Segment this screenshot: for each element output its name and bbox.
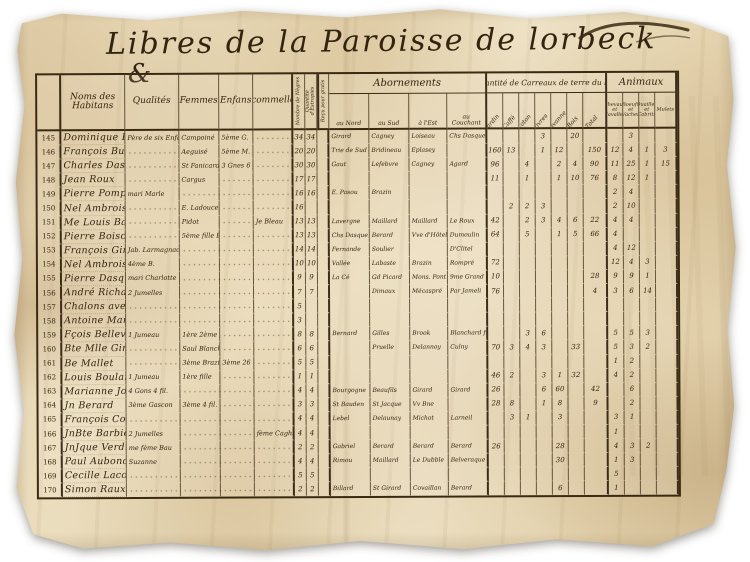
carreaux-cell: [505, 453, 521, 467]
row-number: 165: [39, 413, 63, 427]
sub-column-header: Coton: [519, 93, 535, 129]
rotated-column-header: Quantité d'Estropiés: [305, 74, 317, 130]
femme-cell: 5ème fille B.: [180, 229, 220, 243]
carreaux-cell: [568, 355, 584, 369]
sub-column-header: Total: [583, 93, 607, 129]
row-number: 164: [38, 399, 62, 413]
femme-cell: 1ère 2ème fille: [180, 328, 220, 342]
abornement-cell: [371, 468, 411, 482]
carreaux-cell: 4: [567, 157, 583, 171]
abornement-cell: [330, 172, 370, 186]
animaux-cell: 3: [640, 256, 656, 270]
habitant-name: JnBte Barbieu: [63, 427, 127, 441]
abornement-cell: St Girard: [371, 482, 411, 496]
animaux-cell: [656, 185, 678, 199]
abornement-cell: [411, 468, 449, 482]
carreaux-cell: [553, 425, 569, 439]
row-number: 148: [38, 174, 62, 188]
carreaux-cell: 20: [567, 129, 583, 143]
animaux-cell: 2: [640, 340, 656, 354]
qualite-cell: Suzanne: [127, 455, 181, 469]
carreaux-cell: 5: [520, 228, 536, 242]
abornement-cell: [448, 397, 488, 411]
abornement-cell: Berard: [370, 228, 410, 242]
animaux-cell: 4: [624, 185, 640, 199]
animaux-cell: 9: [624, 270, 640, 284]
column-header-Qualités: Qualités: [125, 75, 179, 131]
enfant-cell: [220, 271, 254, 285]
carreaux-cell: [505, 482, 521, 496]
abornement-cell: Larneil: [449, 411, 489, 425]
qualite-cell: [126, 356, 180, 370]
row-number: 159: [38, 329, 62, 343]
column-header-Noms des Habitans: Noms des Habitans: [61, 75, 125, 131]
column-header-Enfans: Enfans: [219, 74, 253, 130]
abornement-cell: [411, 426, 449, 440]
animaux-cell: 1: [609, 425, 625, 439]
enfant-cell: [220, 173, 254, 187]
carreaux-cell: [504, 214, 520, 228]
carreaux-cell: [568, 383, 584, 397]
abornement-cell: [410, 242, 448, 256]
animaux-cell: 4: [608, 227, 624, 241]
count-cell: 14: [306, 243, 318, 257]
carreaux-cell: [568, 284, 584, 298]
carreaux-cell: [488, 355, 504, 369]
qualite-cell: Père de six Enfans: [125, 131, 179, 145]
row-number: 163: [38, 385, 62, 399]
count-cell: [317, 130, 329, 144]
sub-column-header: Caffé: [503, 93, 519, 129]
carreaux-cell: 3: [536, 200, 552, 214]
count-cell: 2: [307, 440, 319, 454]
count-cell: 30: [293, 158, 305, 172]
animaux-cell: [656, 270, 678, 284]
count-cell: [319, 440, 331, 454]
count-cell: 5: [294, 356, 306, 370]
habitant-name: Be Mallet: [62, 357, 126, 371]
count-cell: 3: [294, 398, 306, 412]
abornement-cell: Bourgogne: [330, 384, 370, 398]
abornement-cell: [448, 200, 488, 214]
count-cell: 4: [294, 384, 306, 398]
qualite-cell: mari Marle: [126, 187, 180, 201]
animaux-cell: 5: [608, 326, 624, 340]
carreaux-cell: 90: [583, 157, 607, 171]
animaux-cell: [624, 298, 640, 312]
count-cell: [319, 426, 331, 440]
carreaux-cell: 22: [584, 213, 608, 227]
animaux-cell: [607, 129, 623, 143]
abornement-cell: [448, 172, 488, 186]
carreaux-cell: 160: [487, 143, 503, 157]
carreaux-cell: 72: [488, 256, 504, 270]
count-cell: [318, 285, 330, 299]
femme-cell: Aeguisé: [179, 145, 219, 159]
count-cell: 4: [295, 454, 307, 468]
carreaux-cell: 10: [488, 270, 504, 284]
carreaux-cell: [504, 270, 520, 284]
animaux-cell: [657, 410, 679, 424]
abornement-cell: Le Roux: [448, 214, 488, 228]
abornement-cell: [331, 468, 371, 482]
count-cell: 17: [294, 173, 306, 187]
abornement-cell: Gd Picard: [370, 271, 410, 285]
femme-cell: [181, 483, 221, 497]
qualite-cell: [127, 469, 181, 483]
qualite-cell: [126, 215, 180, 229]
count-cell: 9: [294, 271, 306, 285]
ecommelle-cell: [255, 412, 295, 426]
carreaux-cell: 2: [504, 200, 520, 214]
animaux-cell: 14: [640, 284, 656, 298]
enfant-cell: [220, 243, 254, 257]
ecommelle-cell: [254, 285, 294, 299]
carreaux-cell: [585, 453, 609, 467]
enfant-cell: 3 Gnes 6 fil.: [219, 159, 253, 173]
animaux-cell: [657, 439, 679, 453]
animaux-cell: [640, 227, 656, 241]
habitant-name: François Butin: [61, 145, 125, 159]
habitant-name: Jn Berard: [62, 399, 126, 413]
carreaux-cell: [584, 256, 608, 270]
habitant-name: Fçois Belleville: [62, 328, 126, 342]
row-number: 167: [39, 441, 63, 455]
row-number: 168: [39, 455, 63, 469]
abornement-cell: [370, 200, 410, 214]
carreaux-cell: 6: [536, 326, 552, 340]
animaux-cell: [656, 227, 678, 241]
habitant-name: Bte Mlle Girard: [62, 342, 126, 356]
count-cell: [318, 229, 330, 243]
abornement-cell: Delaunay: [371, 412, 411, 426]
animaux-cell: [657, 425, 679, 439]
femme-cell: [180, 187, 220, 201]
animaux-cell: 15: [655, 157, 677, 171]
animaux-cell: 10: [624, 199, 640, 213]
abornement-cell: Pruelle: [370, 341, 410, 355]
count-cell: 20: [293, 144, 305, 158]
animaux-cell: [656, 171, 678, 185]
abornement-cell: Vv Bne: [410, 397, 448, 411]
count-cell: 1: [306, 370, 318, 384]
ecommelle-cell: [254, 342, 294, 356]
carreaux-cell: 2: [504, 369, 520, 383]
count-cell: 10: [294, 257, 306, 271]
animaux-cell: 1: [609, 481, 625, 495]
animaux-cell: 5: [609, 467, 625, 481]
group-header: Quantité de Carreaux de terre du lieu: [487, 73, 607, 94]
animaux-cell: [641, 467, 657, 481]
row-number: 169: [39, 470, 63, 484]
carreaux-cell: [552, 256, 568, 270]
abornement-cell: Lefebvre: [369, 158, 409, 172]
animaux-cell: [656, 199, 678, 213]
femme-cell: E. Ladouceur: [180, 201, 220, 215]
animaux-cell: 4: [624, 213, 640, 227]
carreaux-cell: [568, 256, 584, 270]
femme-cell: [180, 257, 220, 271]
habitant-name: Chalons avec Dasque: [62, 300, 126, 314]
ecommelle-cell: [254, 356, 294, 370]
abornement-cell: Gilles: [370, 327, 410, 341]
carreaux-cell: [551, 129, 567, 143]
carreaux-cell: [584, 369, 608, 383]
animaux-cell: 5: [624, 326, 640, 340]
carreaux-cell: 4: [519, 157, 535, 171]
sub-column-header: Ouailles et Cabrits: [639, 93, 655, 129]
ecommelle-cell: [255, 483, 295, 497]
carreaux-cell: [537, 453, 553, 467]
carreaux-cell: [521, 482, 537, 496]
habitant-name: François Girard: [62, 244, 126, 258]
count-cell: 34: [305, 130, 317, 144]
habitant-name: Jean Roux: [62, 173, 126, 187]
count-cell: 4: [307, 412, 319, 426]
carreaux-cell: 70: [488, 341, 504, 355]
enfant-cell: [220, 328, 254, 342]
enfant-cell: 5ème M.: [219, 145, 253, 159]
enfant-cell: [221, 469, 255, 483]
abornement-cell: Bridineau: [369, 144, 409, 158]
carreaux-cell: 1: [552, 369, 568, 383]
abornement-cell: Brazin: [410, 256, 448, 270]
abornement-cell: Berard: [449, 482, 489, 496]
abornement-cell: [370, 172, 410, 186]
carreaux-cell: [520, 369, 536, 383]
carreaux-cell: [569, 439, 585, 453]
animaux-cell: [656, 382, 678, 396]
carreaux-cell: 3: [553, 411, 569, 425]
animaux-cell: [641, 411, 657, 425]
count-cell: 14: [294, 243, 306, 257]
animaux-cell: 1: [625, 411, 641, 425]
animaux-cell: 5: [608, 340, 624, 354]
abornement-cell: Vallée: [330, 257, 370, 271]
carreaux-cell: 6: [568, 214, 584, 228]
animaux-cell: 12: [624, 242, 640, 256]
enfant-cell: [220, 300, 254, 314]
animaux-cell: [641, 453, 657, 467]
carreaux-cell: [504, 383, 520, 397]
carreaux-cell: [505, 468, 521, 482]
abornement-cell: Rompré: [448, 256, 488, 270]
femme-cell: [181, 427, 221, 441]
enfant-cell: [221, 441, 255, 455]
carreaux-cell: [537, 467, 553, 481]
enfant-cell: [220, 384, 254, 398]
ecommelle-cell: [254, 370, 294, 384]
carreaux-cell: 60: [552, 383, 568, 397]
carreaux-cell: [569, 453, 585, 467]
sub-column-header: au Couchant: [447, 93, 487, 129]
abornement-cell: [370, 355, 410, 369]
qualite-cell: [127, 483, 181, 497]
carreaux-cell: [552, 312, 568, 326]
abornement-cell: Par Jameli: [448, 284, 488, 298]
abornement-cell: [447, 144, 487, 158]
ecommelle-cell: [253, 144, 293, 158]
abornement-cell: [330, 285, 370, 299]
count-cell: [306, 313, 318, 327]
carreaux-cell: [504, 327, 520, 341]
ecommelle-cell: [254, 398, 294, 412]
count-cell: 16: [294, 201, 306, 215]
abornement-cell: Girard: [410, 383, 448, 397]
count-cell: 16: [306, 187, 318, 201]
row-number: 156: [38, 286, 62, 300]
abornement-cell: Maillard: [370, 214, 410, 228]
carreaux-cell: [568, 397, 584, 411]
carreaux-cell: [537, 439, 553, 453]
animaux-cell: [639, 129, 655, 143]
carreaux-cell: 33: [568, 340, 584, 354]
femme-cell: [180, 384, 220, 398]
count-cell: [319, 482, 331, 496]
qualite-cell: Jab. Larmagnac: [126, 244, 180, 258]
ecommelle-cell: [254, 257, 294, 271]
carreaux-cell: [488, 186, 504, 200]
rotated-column-header: Reçu pour gratis: [317, 74, 329, 130]
carreaux-cell: 8: [552, 397, 568, 411]
animaux-cell: 3: [624, 340, 640, 354]
carreaux-cell: 2: [520, 214, 536, 228]
count-cell: [318, 215, 330, 229]
ecommelle-cell: [254, 271, 294, 285]
animaux-cell: [656, 298, 678, 312]
carreaux-cell: [537, 425, 553, 439]
carreaux-cell: [536, 270, 552, 284]
carreaux-cell: 1: [535, 143, 551, 157]
qualite-cell: [126, 342, 180, 356]
abornement-cell: [410, 355, 448, 369]
row-number: 147: [37, 159, 61, 173]
qualite-cell: [126, 229, 180, 243]
animaux-cell: 3: [608, 284, 624, 298]
row-number: 170: [39, 484, 63, 498]
abornement-cell: Fernande: [330, 243, 370, 257]
animaux-cell: [640, 185, 656, 199]
animaux-cell: [640, 368, 656, 382]
carreaux-cell: 64: [488, 228, 504, 242]
habitant-name: Charles Dasque: [61, 159, 125, 173]
animaux-cell: 3: [640, 326, 656, 340]
carreaux-cell: 76: [584, 171, 608, 185]
abornement-cell: Chs Dasque: [330, 229, 370, 243]
abornement-cell: [448, 355, 488, 369]
carreaux-cell: [585, 439, 609, 453]
animaux-cell: [656, 354, 678, 368]
animaux-cell: 3: [609, 411, 625, 425]
animaux-cell: 25: [623, 157, 639, 171]
ecommelle-cell: [254, 229, 294, 243]
femme-cell: 3ème Brazin: [180, 356, 220, 370]
carreaux-cell: [585, 425, 609, 439]
femme-cell: Pidot: [180, 215, 220, 229]
carreaux-cell: 1: [520, 172, 536, 186]
count-cell: 13: [294, 229, 306, 243]
row-number: 153: [38, 244, 62, 258]
animaux-cell: [656, 241, 678, 255]
abornement-cell: Belveraque: [449, 454, 489, 468]
carreaux-cell: [520, 270, 536, 284]
femme-cell: [181, 455, 221, 469]
abornement-cell: Soulier: [370, 243, 410, 257]
carreaux-cell: 12: [551, 143, 567, 157]
abornement-cell: [410, 299, 448, 313]
carreaux-cell: 13: [503, 143, 519, 157]
abornement-cell: [410, 369, 448, 383]
carreaux-cell: [584, 354, 608, 368]
animaux-cell: 4: [609, 439, 625, 453]
carreaux-cell: 10: [568, 171, 584, 185]
carreaux-cell: 1: [552, 171, 568, 185]
carreaux-cell: [585, 467, 609, 481]
animaux-cell: 2: [641, 439, 657, 453]
abornement-cell: Lebel: [331, 412, 371, 426]
habitant-name: Antoine Manadieu: [62, 314, 126, 328]
row-number: 162: [38, 371, 62, 385]
qualite-cell: [126, 314, 180, 328]
qualite-cell: 1 Jumeau: [126, 328, 180, 342]
row-number: 154: [38, 258, 62, 272]
carreaux-cell: 76: [488, 284, 504, 298]
abornement-cell: Berard: [371, 440, 411, 454]
abornement-cell: Berard: [449, 439, 489, 453]
animaux-cell: 12: [608, 256, 624, 270]
animaux-cell: 1: [609, 453, 625, 467]
abornement-cell: Eplasey: [409, 144, 447, 158]
carreaux-cell: 1: [552, 228, 568, 242]
animaux-cell: [608, 298, 624, 312]
ecommelle-cell: [254, 201, 294, 215]
abornement-cell: Maillard: [410, 214, 448, 228]
carreaux-cell: 28: [584, 270, 608, 284]
carreaux-cell: [520, 383, 536, 397]
carreaux-cell: [569, 425, 585, 439]
row-number: 160: [38, 343, 62, 357]
carreaux-cell: [568, 270, 584, 284]
enfant-cell: [220, 201, 254, 215]
abornement-cell: Lavergne: [330, 215, 370, 229]
ecommelle-cell: [255, 469, 295, 483]
animaux-cell: [640, 312, 656, 326]
femme-cell: St Fanicard: [179, 159, 219, 173]
carreaux-cell: [489, 468, 505, 482]
qualite-cell: 1 Jumeau: [126, 370, 180, 384]
abornement-cell: Cagney: [409, 158, 447, 172]
carreaux-cell: [584, 340, 608, 354]
animaux-cell: [657, 467, 679, 481]
carreaux-cell: [537, 411, 553, 425]
abornement-cell: Girard: [448, 383, 488, 397]
carreaux-cell: [489, 454, 505, 468]
carreaux-cell: [536, 186, 552, 200]
carreaux-cell: [569, 481, 585, 495]
ecommelle-cell: [254, 187, 294, 201]
abornement-cell: Agard: [447, 158, 487, 172]
qualite-cell: mari Charlotte: [126, 272, 180, 286]
row-number: 166: [39, 427, 63, 441]
qualite-cell: [126, 201, 180, 215]
count-cell: [319, 412, 331, 426]
carreaux-cell: [584, 185, 608, 199]
carreaux-cell: 30: [553, 453, 569, 467]
count-cell: 2: [295, 483, 307, 497]
ecommelle-cell: fème Caghanné: [255, 426, 295, 440]
carreaux-cell: [504, 298, 520, 312]
count-cell: [318, 370, 330, 384]
